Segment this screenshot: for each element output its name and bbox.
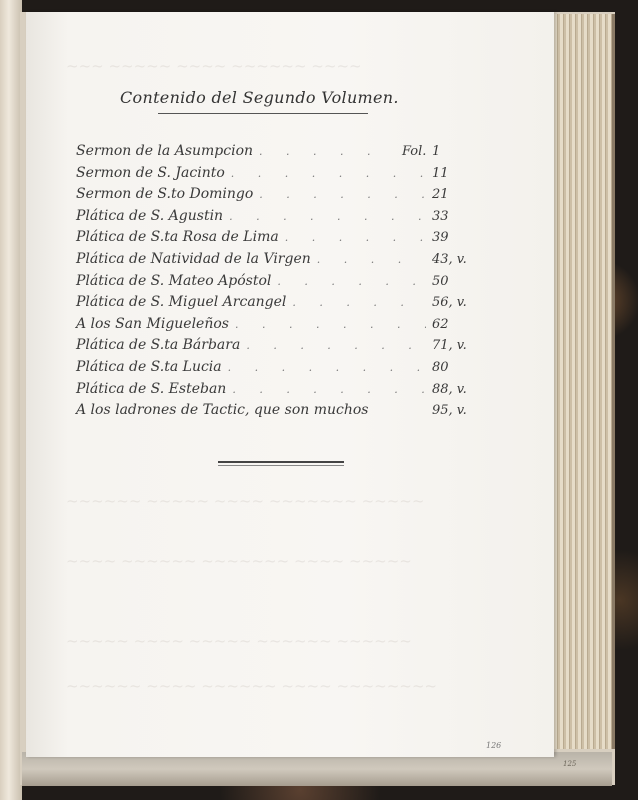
toc-entry: Sermon de S. Jacinto . . . . . . . . . .… xyxy=(76,165,466,187)
entry-title: Plática de S.ta Lucia xyxy=(76,359,222,375)
entry-page: 11 xyxy=(432,166,466,181)
toc-entry: A los San Migueleños . . . . . . . . . 6… xyxy=(76,316,466,338)
entry-title: Plática de S. Miguel Arcangel xyxy=(76,294,286,310)
closing-double-rule xyxy=(218,461,344,466)
toc-entry: Plática de S. Agustin . . . . . . . . . … xyxy=(76,208,466,230)
leader-dots: . . . . . . . . . . . xyxy=(259,188,426,201)
entry-title: A los San Migueleños xyxy=(76,316,229,332)
leader-dots: . . . . . . xyxy=(277,275,426,288)
entry-title: Sermon de S. Jacinto xyxy=(76,165,225,181)
leader-dots: . . . . . . . xyxy=(285,231,426,244)
bleed-through-text: ~~~ ~~~~~ ~~~~ ~~~~~~ ~~~~ xyxy=(66,57,362,75)
entry-page: 50 xyxy=(432,274,466,289)
book-spine-edge xyxy=(0,0,22,800)
leader-dots: . . . . . xyxy=(259,145,396,158)
toc-entry: Plática de S.ta Lucia . . . . . . . . . … xyxy=(76,359,466,381)
entry-page: 39 xyxy=(432,230,466,245)
entry-page: 1 xyxy=(432,144,466,159)
page-edges-right xyxy=(552,14,615,749)
toc-entry: Plática de Natividad de la Virgen . . . … xyxy=(76,251,466,273)
entry-title: Plática de S.ta Bárbara xyxy=(76,337,240,353)
entry-page: 43, v. xyxy=(432,252,466,267)
entry-title: Sermon de la Asumpcion xyxy=(76,143,253,159)
toc-entry: Sermon de la Asumpcion . . . . . Fol. 1 xyxy=(76,143,466,165)
entry-page: 21 xyxy=(432,187,466,202)
leader-dots: . . . . . . . . . . . xyxy=(231,167,426,180)
folio-number-secondary: 125 xyxy=(563,760,576,768)
entry-page: 71, v. xyxy=(432,338,466,353)
entry-page: 88, v. xyxy=(432,382,466,397)
fol-label: Fol. xyxy=(402,144,432,159)
toc-entry: Plática de S. Mateo Apóstol . . . . . . … xyxy=(76,273,466,295)
toc-entry: Sermon de S.to Domingo . . . . . . . . .… xyxy=(76,186,466,208)
bleed-through-text: ~~~~~~ ~~~~ ~~~~~~ ~~~~ ~~~~~~~~ xyxy=(66,677,437,695)
leader-dots: . . . . . xyxy=(292,296,426,309)
entry-title: Plática de S. Esteban xyxy=(76,381,226,397)
table-of-contents: Sermon de la Asumpcion . . . . . Fol. 1 … xyxy=(76,143,466,424)
page-edges-bottom xyxy=(22,752,612,786)
entry-title: Plática de Natividad de la Virgen xyxy=(76,251,311,267)
entry-title: Sermon de S.to Domingo xyxy=(76,186,253,202)
leader-dots: . . . . xyxy=(317,253,426,266)
entry-page: 33 xyxy=(432,209,466,224)
bleed-through-text: ~~~~~ ~~~~ ~~~~~ ~~~~~~ ~~~~~~ xyxy=(66,632,412,650)
entry-title: Plática de S.ta Rosa de Lima xyxy=(76,229,279,245)
entry-page: 80 xyxy=(432,360,466,375)
toc-entry: Plática de S. Esteban . . . . . . . . . … xyxy=(76,381,466,403)
entry-title: A los ladrones de Tactic, que son muchos xyxy=(76,402,368,418)
entry-page: 95, v. xyxy=(432,403,466,418)
entry-page: 62 xyxy=(432,317,466,332)
leader-dots: . . . . . . . . . . xyxy=(228,361,426,374)
bleed-through-text: ~~~~ ~~~~~~ ~~~~~~~ ~~~~ ~~~~~ xyxy=(66,552,412,570)
leader-dots: . . . . . . . . . xyxy=(232,383,426,396)
toc-heading: Contenido del Segundo Volumen. xyxy=(120,88,440,107)
toc-entry: Plática de S. Miguel Arcangel . . . . . … xyxy=(76,294,466,316)
entry-title: Plática de S. Mateo Apóstol xyxy=(76,273,271,289)
leader-dots: . . . . . . . . . xyxy=(235,318,426,331)
toc-entry: A los ladrones de Tactic, que son muchos… xyxy=(76,402,466,424)
bleed-through-text: ~~~~~~ ~~~~~ ~~~~ ~~~~~~~ ~~~~~ xyxy=(66,492,424,510)
heading-underline xyxy=(158,113,368,114)
leader-dots: . . . . . . . . . . . xyxy=(229,210,426,223)
leader-dots: . . . . . . . . . xyxy=(246,339,426,352)
entry-title: Plática de S. Agustin xyxy=(76,208,223,224)
toc-entry: Plática de S.ta Rosa de Lima . . . . . .… xyxy=(76,229,466,251)
folio-number: 126 xyxy=(486,741,501,750)
toc-entry: Plática de S.ta Bárbara . . . . . . . . … xyxy=(76,337,466,359)
entry-page: 56, v. xyxy=(432,295,466,310)
